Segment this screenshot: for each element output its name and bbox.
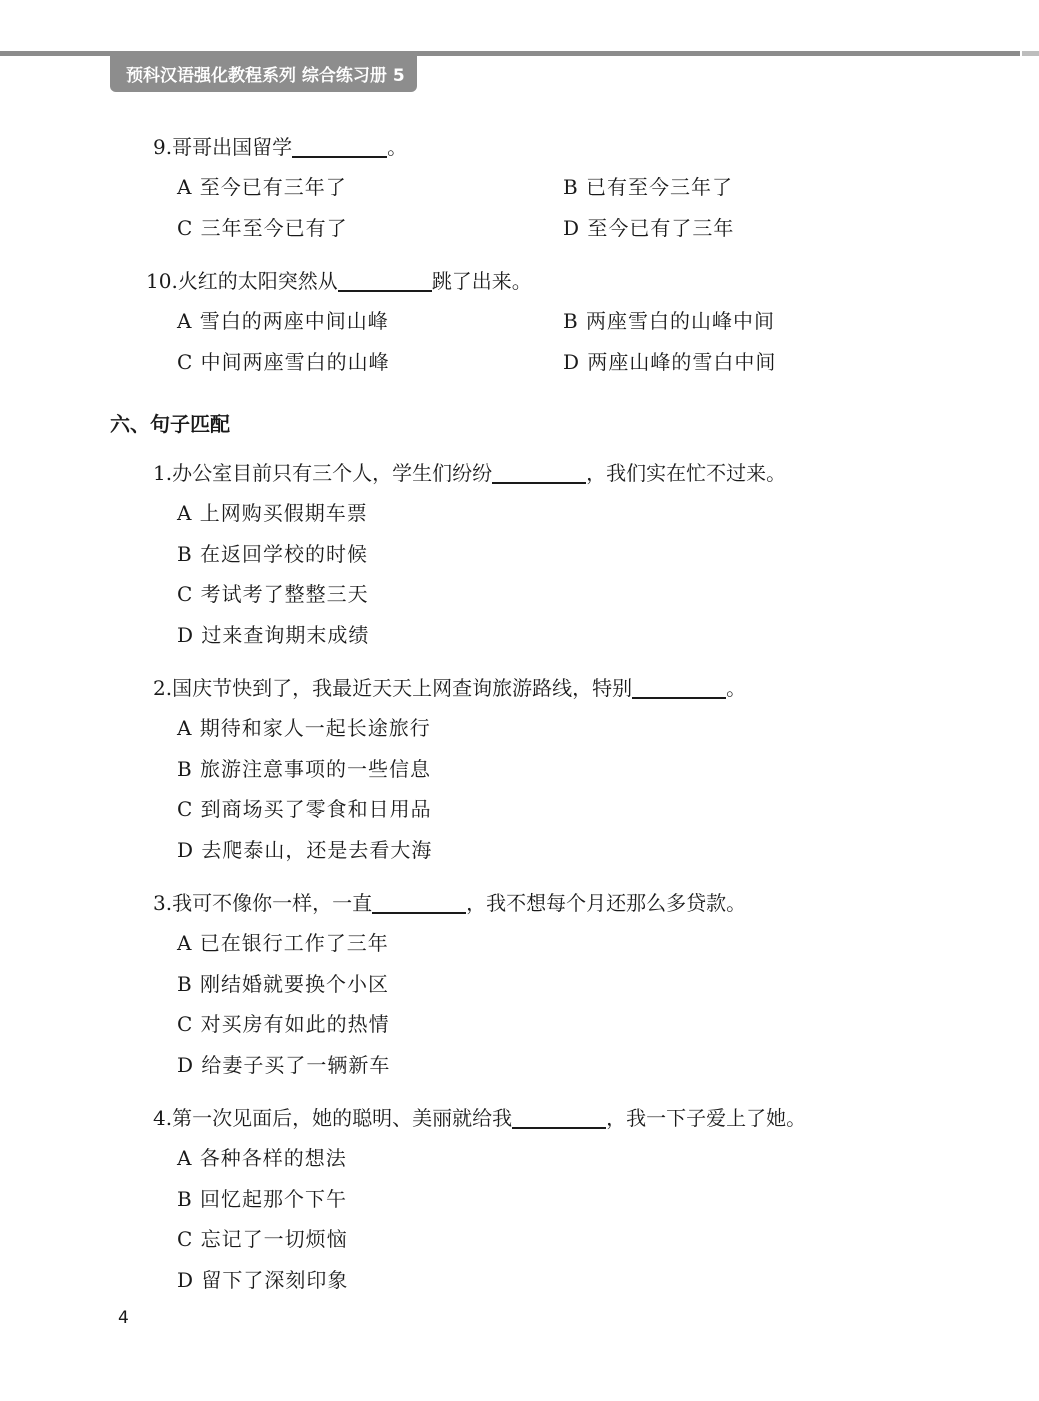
option-d[interactable]: D 留下了深刻印象 <box>177 1267 348 1293</box>
answer-blank[interactable] <box>372 890 466 914</box>
question-9: 9.哥哥出国留学。 <box>153 134 407 160</box>
running-header-title: 预科汉语强化教程系列 综合练习册 5 <box>126 61 405 86</box>
option-a[interactable]: A 期待和家人一起长途旅行 <box>177 715 431 741</box>
option-c[interactable]: C 对买房有如此的热情 <box>177 1011 390 1037</box>
answer-blank[interactable] <box>632 675 726 699</box>
question-3: 3.我可不像你一样，一直，我不想每个月还那么多贷款。 <box>153 890 746 916</box>
question-stem: 第一次见面后，她的聪明、美丽就给我 <box>172 1106 512 1130</box>
question-number: 1. <box>153 461 172 485</box>
question-end: 。 <box>387 135 407 159</box>
question-1: 1.办公室目前只有三个人，学生们纷纷，我们实在忙不过来。 <box>153 460 786 486</box>
question-end: 跳了出来。 <box>432 269 532 293</box>
option-d[interactable]: D 去爬泰山，还是去看大海 <box>177 837 432 863</box>
option-a[interactable]: A 已在银行工作了三年 <box>177 930 389 956</box>
running-header: 预科汉语强化教程系列 综合练习册 5 <box>110 51 417 92</box>
header-rule-end <box>1022 51 1039 56</box>
question-number: 10. <box>146 269 178 293</box>
answer-blank[interactable] <box>512 1105 606 1129</box>
question-end: 。 <box>726 676 746 700</box>
question-number: 9. <box>153 135 172 159</box>
question-end: ，我一下子爱上了她。 <box>606 1106 806 1130</box>
option-b[interactable]: B 旅游注意事项的一些信息 <box>177 756 431 782</box>
question-stem: 国庆节快到了，我最近天天上网查询旅游路线，特别 <box>172 676 632 700</box>
option-d[interactable]: D 至今已有了三年 <box>563 215 734 241</box>
option-c[interactable]: C 中间两座雪白的山峰 <box>177 349 390 375</box>
page-number: 4 <box>118 1308 129 1328</box>
question-number: 4. <box>153 1106 172 1130</box>
option-a[interactable]: A 至今已有三年了 <box>177 174 347 200</box>
question-stem: 火红的太阳突然从 <box>178 269 338 293</box>
option-d[interactable]: D 给妻子买了一辆新车 <box>177 1052 390 1078</box>
question-end: ，我们实在忙不过来。 <box>586 461 786 485</box>
question-number: 3. <box>153 891 172 915</box>
question-stem: 办公室目前只有三个人，学生们纷纷 <box>172 461 492 485</box>
question-2: 2.国庆节快到了，我最近天天上网查询旅游路线，特别。 <box>153 675 746 701</box>
option-b[interactable]: B 刚结婚就要换个小区 <box>177 971 389 997</box>
option-d[interactable]: D 过来查询期末成绩 <box>177 622 369 648</box>
question-end: ，我不想每个月还那么多贷款。 <box>466 891 746 915</box>
option-c[interactable]: C 三年至今已有了 <box>177 215 348 241</box>
section-title: 六、句子匹配 <box>110 408 230 437</box>
option-a[interactable]: A 各种各样的想法 <box>177 1145 347 1171</box>
option-b[interactable]: B 已有至今三年了 <box>563 174 733 200</box>
option-d[interactable]: D 两座山峰的雪白中间 <box>563 349 776 375</box>
option-c[interactable]: C 到商场买了零食和日用品 <box>177 796 432 822</box>
option-a[interactable]: A 上网购买假期车票 <box>177 500 368 526</box>
question-stem: 哥哥出国留学 <box>172 135 292 159</box>
answer-blank[interactable] <box>492 460 586 484</box>
question-number: 2. <box>153 676 172 700</box>
option-b[interactable]: B 在返回学校的时候 <box>177 541 368 567</box>
option-b[interactable]: B 回忆起那个下午 <box>177 1186 347 1212</box>
answer-blank[interactable] <box>338 268 432 292</box>
question-stem: 我可不像你一样，一直 <box>172 891 372 915</box>
question-10: 10.火红的太阳突然从跳了出来。 <box>146 268 532 294</box>
option-c[interactable]: C 考试考了整整三天 <box>177 581 369 607</box>
option-c[interactable]: C 忘记了一切烦恼 <box>177 1226 348 1252</box>
answer-blank[interactable] <box>292 134 387 158</box>
option-b[interactable]: B 两座雪白的山峰中间 <box>563 308 775 334</box>
option-a[interactable]: A 雪白的两座中间山峰 <box>177 308 389 334</box>
question-4: 4.第一次见面后，她的聪明、美丽就给我，我一下子爱上了她。 <box>153 1105 806 1131</box>
